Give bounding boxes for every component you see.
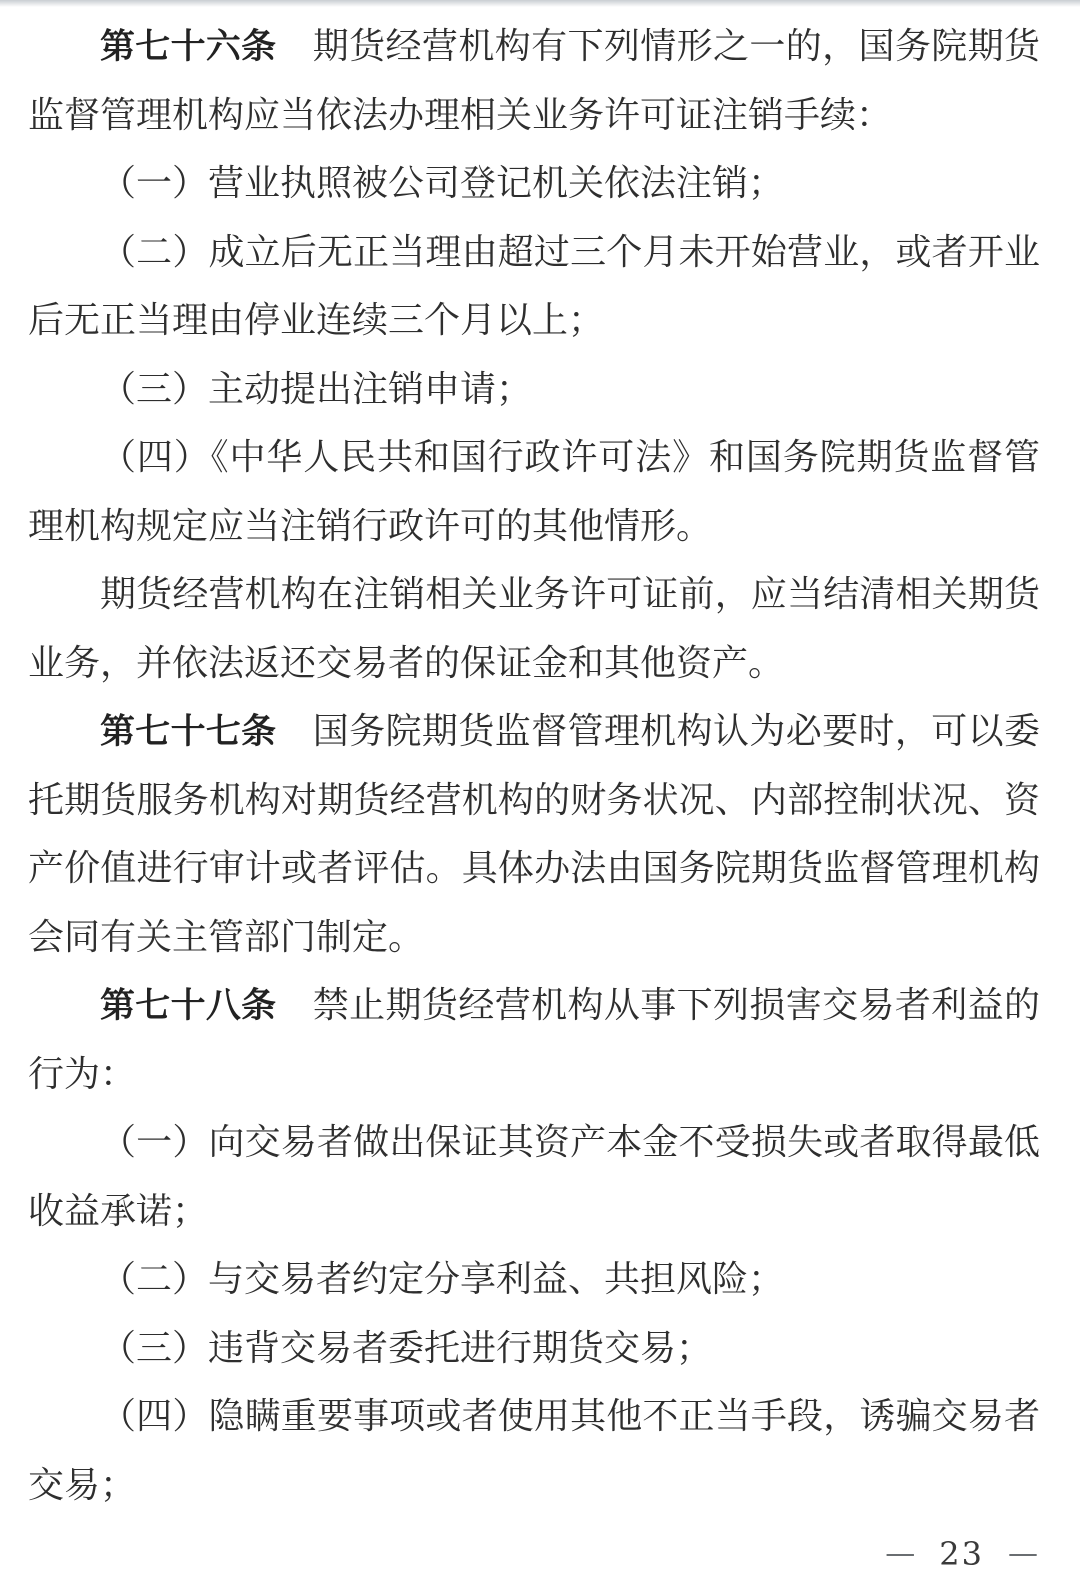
article-78-item-3-text: （三）违背交易者委托进行期货交易； [100,1328,712,1369]
article-78-item-1-text: （一）向交易者做出保证其资产本金不受损失或者取得最低收益承诺； [28,1122,1040,1232]
article-76-item-1: （一）营业执照被公司登记机关依法注销； [28,150,1040,219]
article-77-number: 第七十七条 [100,712,276,752]
article-76-item-3-text: （三）主动提出注销申请； [100,369,532,410]
article-76-closing-paragraph: 期货经营机构在注销相关业务许可证前，应当结清相关期货业务，并依法返还交易者的保证… [28,561,1040,698]
article-76-item-2: （二）成立后无正当理由超过三个月未开始营业，或者开业后无正当理由停业连续三个月以… [28,219,1040,356]
article-76-item-4: （四）《中华人民共和国行政许可法》和国务院期货监督管理机构规定应当注销行政许可的… [28,424,1040,561]
article-78-item-4: （四）隐瞒重要事项或者使用其他不正当手段，诱骗交易者交易； [28,1383,1040,1520]
article-77-paragraph: 第七十七条 国务院期货监督管理机构认为必要时，可以委托期货服务机构对期货经营机构… [28,698,1040,972]
article-78-item-4-text: （四）隐瞒重要事项或者使用其他不正当手段，诱骗交易者交易； [28,1396,1040,1506]
footer-left-dash: — [885,1534,915,1574]
article-78-item-3: （三）违背交易者委托进行期货交易； [28,1315,1040,1384]
page-footer: — 23 — [885,1534,1038,1574]
article-78-item-2: （二）与交易者约定分享利益、共担风险； [28,1246,1040,1315]
article-78-item-1: （一）向交易者做出保证其资产本金不受损失或者取得最低收益承诺； [28,1109,1040,1246]
article-76-number: 第七十六条 [100,27,276,67]
article-76-item-2-text: （二）成立后无正当理由超过三个月未开始营业，或者开业后无正当理由停业连续三个月以… [28,232,1040,342]
article-76-closing-text: 期货经营机构在注销相关业务许可证前，应当结清相关期货业务，并依法返还交易者的保证… [28,574,1040,684]
article-78-item-2-text: （二）与交易者约定分享利益、共担风险； [100,1259,784,1300]
footer-right-dash: — [1008,1534,1038,1574]
article-78-number: 第七十八条 [100,986,276,1026]
article-76-item-3: （三）主动提出注销申请； [28,356,1040,425]
article-76-intro-paragraph: 第七十六条 期货经营机构有下列情形之一的，国务院期货监督管理机构应当依法办理相关… [28,13,1040,150]
article-78-intro-paragraph: 第七十八条 禁止期货经营机构从事下列损害交易者利益的行为： [28,972,1040,1109]
law-text-body: 第七十六条 期货经营机构有下列情形之一的，国务院期货监督管理机构应当依法办理相关… [28,13,1040,1520]
article-76-item-4-text: （四）《中华人民共和国行政许可法》和国务院期货监督管理机构规定应当注销行政许可的… [28,437,1040,547]
document-page: { "page": { "paragraphs": [ { "head": "第… [0,0,1080,1592]
page-number: 23 [939,1534,984,1574]
scan-top-edge-shadow [0,0,1080,7]
article-76-item-1-text: （一）营业执照被公司登记机关依法注销； [100,163,784,204]
